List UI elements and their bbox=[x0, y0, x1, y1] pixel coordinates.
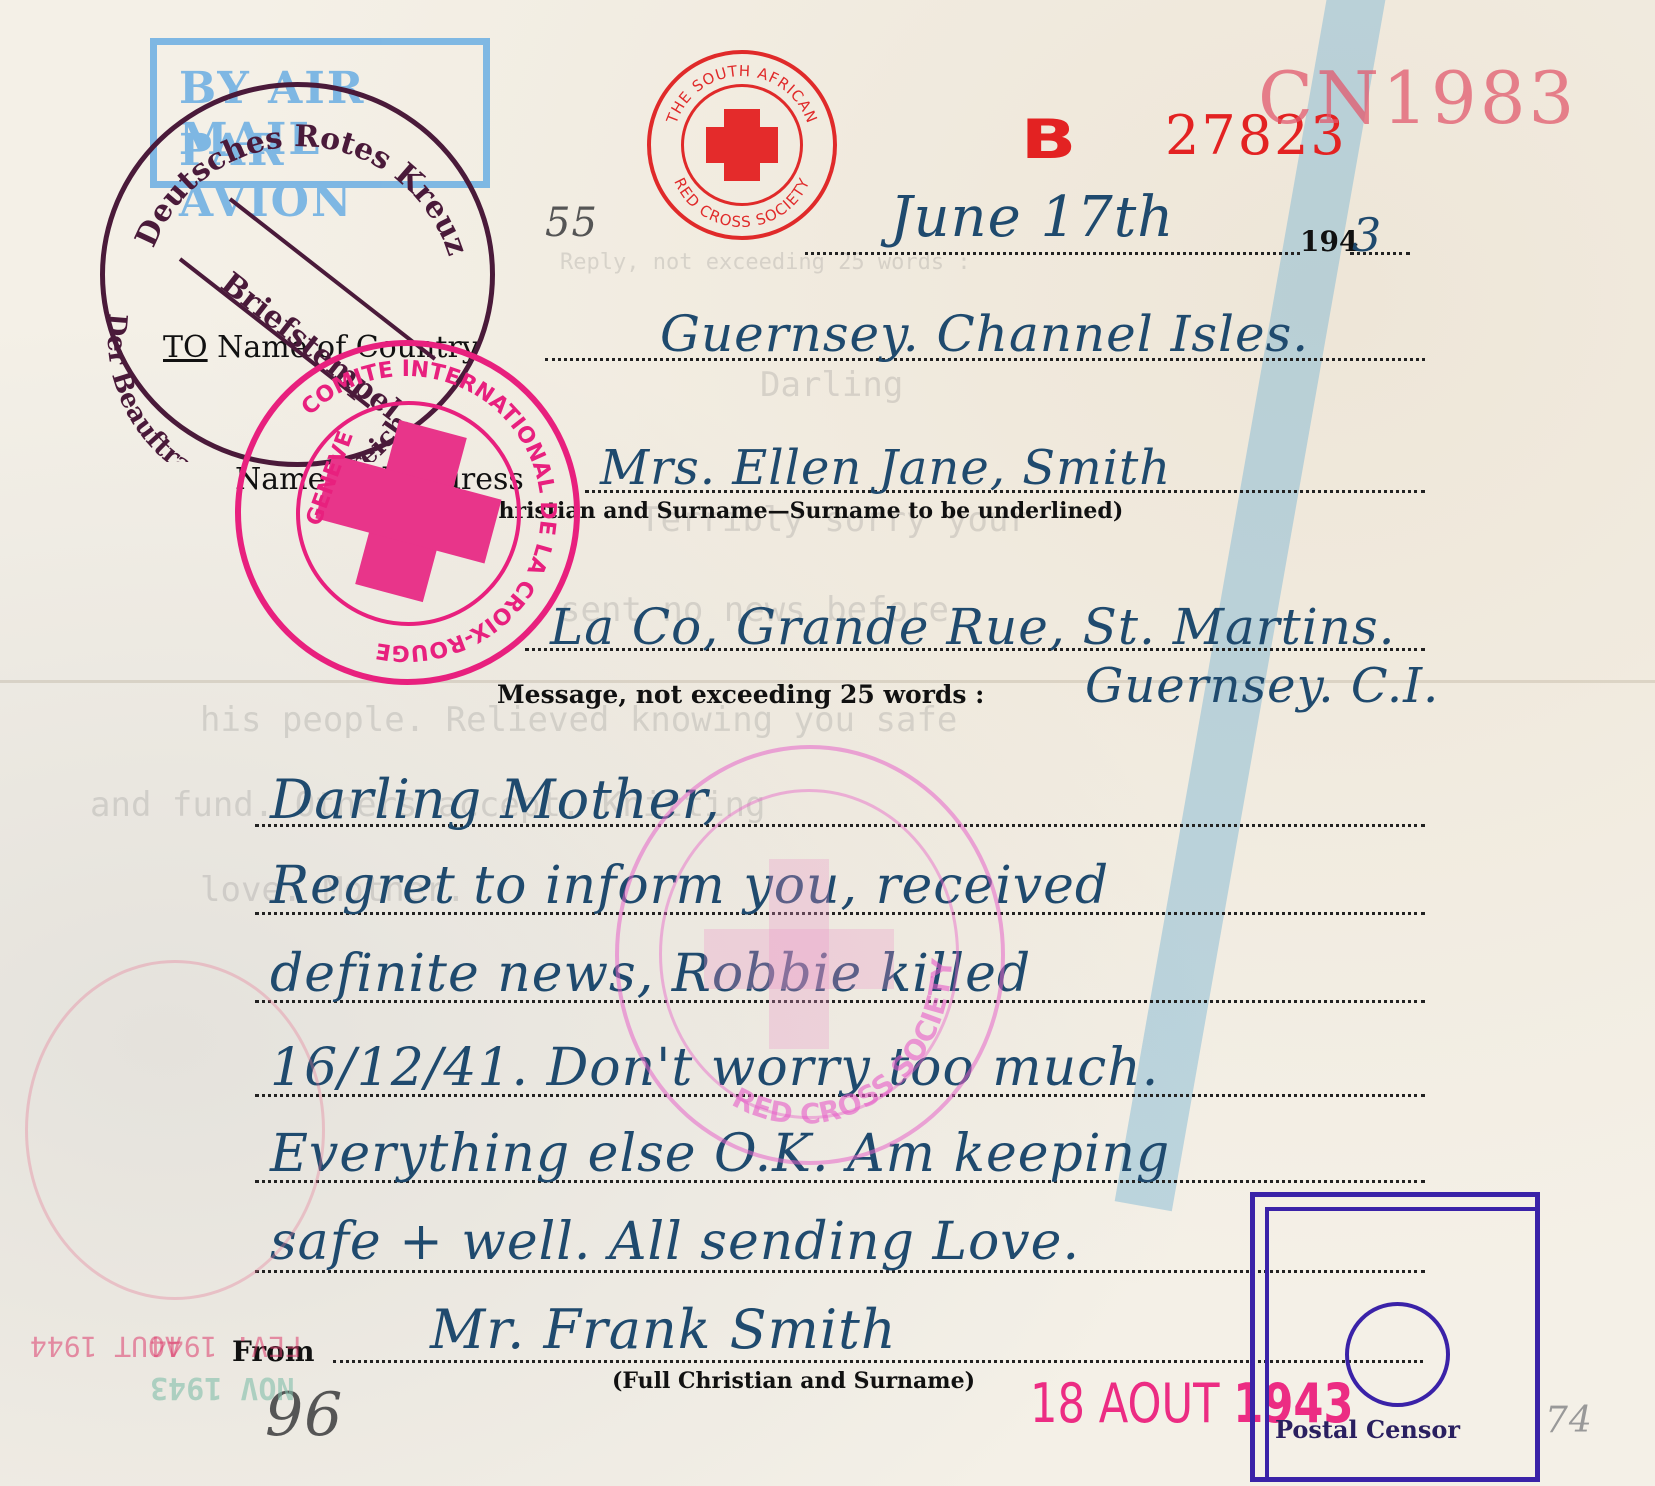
margin-note: 55 bbox=[545, 200, 598, 246]
message-line: safe + well. All sending Love. bbox=[270, 1212, 1080, 1272]
icrc-ring-text: COMITE INTERNATIONAL DE LA CROIX-ROUGE bbox=[241, 346, 574, 679]
date-dotline bbox=[805, 252, 1300, 255]
seal-inner-ring bbox=[681, 84, 803, 206]
faint-red-cross-stamp: RED CROSS SOCIETY bbox=[615, 745, 1005, 1165]
svg-text:COMITE INTERNATIONAL DE LA CRO: COMITE INTERNATIONAL DE LA CROIX-ROUGE bbox=[297, 357, 560, 665]
recipient-address-line2: Guernsey. C.I. bbox=[1085, 658, 1439, 714]
svg-text:RED CROSS SOCIETY: RED CROSS SOCIETY bbox=[727, 957, 959, 1131]
faint-left-stamp bbox=[25, 960, 325, 1300]
postal-censor-stamp: Postal Censor bbox=[1250, 1192, 1540, 1482]
red-cross-message-form: Reply, not exceeding 25 words : Darling … bbox=[0, 0, 1655, 1486]
recipient-address-line1: La Co, Grande Rue, St. Martins. bbox=[550, 598, 1396, 656]
svg-text:Deutsches Rotes Kreuz: Deutsches Rotes Kreuz bbox=[129, 119, 475, 260]
icrc-stamp: COMITE INTERNATIONAL DE LA CROIX-ROUGE G… bbox=[235, 340, 580, 685]
faint-date-stamp: FEV. 1944 bbox=[150, 1330, 302, 1363]
censor-number-stamp: CN1983 bbox=[1258, 56, 1577, 140]
postal-censor-label: Postal Censor bbox=[1275, 1415, 1460, 1444]
sender-name: Mr. Frank Smith bbox=[430, 1298, 897, 1361]
red-cross-icon-bar bbox=[706, 127, 778, 163]
corner-note: 74 bbox=[1545, 1400, 1593, 1441]
recipient-name: Mrs. Ellen Jane, Smith bbox=[600, 440, 1171, 496]
censor-circle-icon bbox=[1345, 1302, 1450, 1407]
faint-date-stamp: NOV 1943 bbox=[150, 1370, 295, 1405]
serial-letter: B bbox=[1021, 108, 1077, 171]
faint-stamp-ring-text: RED CROSS SOCIETY bbox=[619, 749, 1001, 1161]
year-dotline bbox=[1350, 252, 1410, 255]
country-value: Guernsey. Channel Isles. bbox=[660, 305, 1309, 363]
from-hint: (Full Christian and Surname) bbox=[612, 1368, 975, 1394]
message-label: Message, not exceeding 25 words : bbox=[497, 680, 984, 709]
ghost-text: Darling bbox=[760, 365, 903, 405]
south-african-red-cross-seal: THE SOUTH AFRICAN RED CROSS SOCIETY bbox=[647, 50, 837, 240]
received-day: 18 bbox=[1030, 1372, 1085, 1435]
received-month: AOUT bbox=[1099, 1372, 1220, 1435]
date-value: June 17th bbox=[890, 185, 1174, 250]
